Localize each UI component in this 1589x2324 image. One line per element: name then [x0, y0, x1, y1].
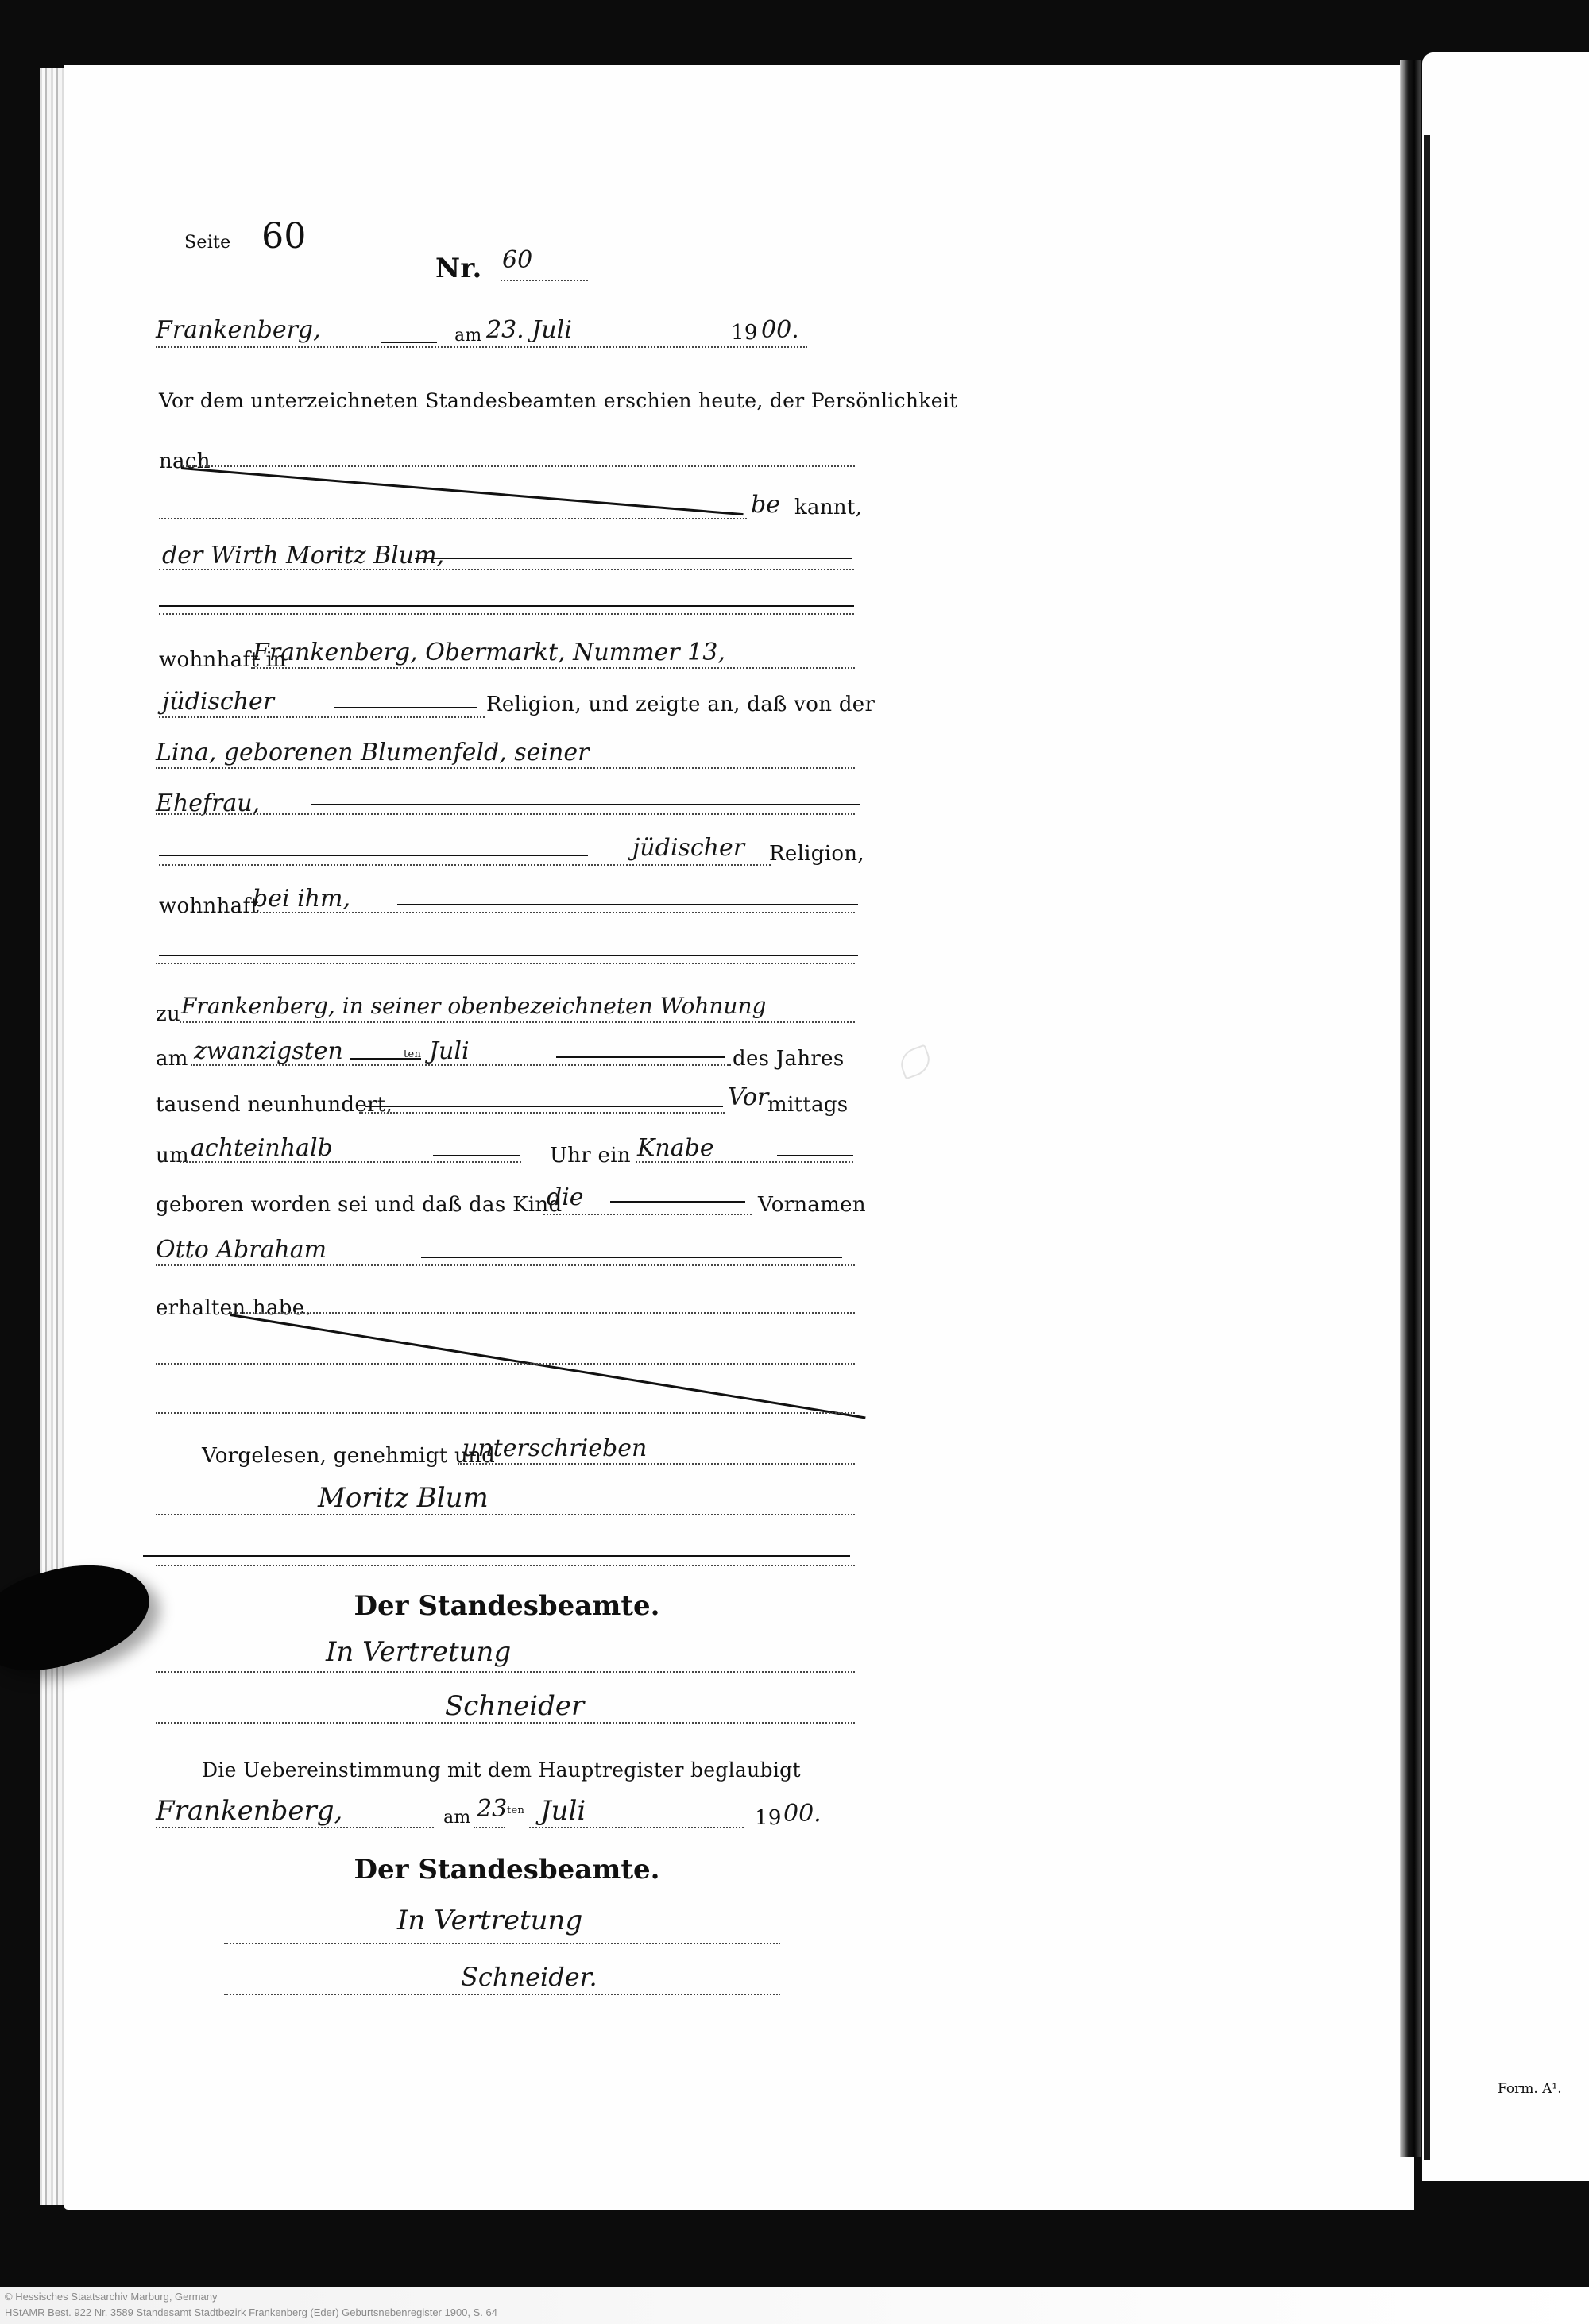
- dotted-line: [156, 963, 855, 964]
- attribution-copyright: © Hessisches Staatsarchiv Marburg, Germa…: [5, 2291, 218, 2303]
- facing-page: [1422, 52, 1589, 2181]
- body-intro-line: Vor dem unterzeichneten Standesbeamten e…: [159, 389, 957, 412]
- religion-text: Religion, und zeigte an, daß von der: [486, 693, 875, 716]
- dotted-line: [191, 1064, 731, 1066]
- dotted-line: [474, 1827, 505, 1828]
- time-label: um: [156, 1144, 189, 1168]
- dotted-line: [636, 1161, 853, 1163]
- dotted-line: [251, 667, 855, 669]
- filler-line: [433, 1155, 520, 1156]
- dotted-line: [159, 613, 854, 615]
- registrar-signature: Schneider: [445, 1690, 584, 1722]
- filler-line: [159, 605, 854, 607]
- am-pm: Vor: [728, 1083, 768, 1111]
- certification-year-suffix: 00.: [783, 1800, 822, 1828]
- registrar2-deputy: In Vertretung: [397, 1905, 582, 1936]
- dotted-line: [156, 1827, 434, 1828]
- dotted-line: [156, 1264, 855, 1266]
- dotted-line: [156, 1363, 855, 1365]
- filler-line: [334, 707, 477, 708]
- header-am: am: [454, 326, 482, 346]
- filler-line: [397, 904, 858, 905]
- certification-year-prefix: 19: [755, 1806, 782, 1830]
- certification-am: am: [443, 1808, 471, 1828]
- mother-religion: jüdischer: [632, 834, 744, 862]
- dotted-line: [458, 1463, 855, 1465]
- dotted-line: [543, 1214, 752, 1215]
- mother-name: Lina, geborenen Blumenfeld, seiner: [156, 739, 589, 766]
- year-text: des Jahres: [733, 1047, 844, 1071]
- dotted-line: [224, 1943, 780, 1944]
- child-sex: Knabe: [637, 1134, 714, 1162]
- form-id: Form. A¹.: [1498, 2081, 1562, 2097]
- filler-line: [421, 1257, 842, 1258]
- day-suffix: ten: [404, 1048, 421, 1060]
- dotted-line: [159, 569, 854, 570]
- certification-text: Die Uebereinstimmung mit dem Hauptregist…: [202, 1758, 801, 1782]
- dotted-line: [180, 1161, 521, 1163]
- religion2-text: Religion,: [769, 842, 864, 866]
- dotted-line: [156, 1514, 855, 1515]
- dotted-line: [529, 1827, 744, 1828]
- attribution-source: HStAMR Best. 922 Nr. 3589 Standesamt Sta…: [5, 2307, 497, 2318]
- read-approved-text: Vorgelesen, genehmigt und: [202, 1444, 495, 1468]
- entry-label: Nr.: [435, 253, 482, 284]
- header-date: 23. Juli: [486, 316, 572, 344]
- dotted-line: [180, 1021, 855, 1023]
- dotted-line: [156, 1412, 855, 1414]
- birth-time: achteinhalb: [191, 1134, 333, 1162]
- page-label-group: Seite 60: [184, 216, 307, 257]
- birth-day: zwanzigsten: [194, 1037, 343, 1065]
- certification-day: 23: [477, 1795, 507, 1823]
- child-names: Otto Abraham: [156, 1236, 327, 1264]
- dotted-line: [159, 518, 747, 519]
- vornamen-text: Vornamen: [758, 1193, 866, 1217]
- dotted-line: [156, 1671, 855, 1673]
- facing-page-fold: [1424, 135, 1430, 2160]
- born-text: geboren worden sei und daß das Kind: [156, 1193, 562, 1217]
- body-kannt: kannt,: [794, 496, 862, 519]
- page-number: 60: [261, 216, 307, 257]
- mother-residence: bei ihm,: [253, 885, 350, 913]
- header-year-prefix: 19: [731, 321, 758, 345]
- thousand-text: tausend neunhundert,: [156, 1093, 392, 1117]
- uhr-text: Uhr ein: [550, 1144, 631, 1168]
- handwritten-be: be: [751, 491, 780, 519]
- entry-number: 60: [502, 246, 532, 274]
- birthdate-label: am: [156, 1047, 188, 1071]
- dotted-line: [180, 465, 855, 467]
- father-religion: jüdischer: [162, 688, 274, 716]
- filler-line: [415, 558, 852, 559]
- registrar2-heading: Der Standesbeamte.: [269, 1854, 745, 1886]
- mittags-text: mittags: [767, 1093, 848, 1117]
- dotted-line: [156, 767, 855, 769]
- residence2-label: wohnhaft: [159, 894, 259, 918]
- dotted-line: [159, 716, 485, 718]
- dotted-line: [159, 864, 771, 866]
- birth-month: Juli: [429, 1037, 470, 1065]
- signed-word: unterschrieben: [462, 1434, 647, 1462]
- filler-line: [777, 1155, 853, 1156]
- dotted-line: [230, 1312, 855, 1314]
- book-gutter: [1400, 60, 1421, 2157]
- dotted-line: [224, 1994, 780, 1995]
- closing-rule: [143, 1555, 850, 1557]
- certification-month: Juli: [540, 1795, 586, 1827]
- filler-line: [381, 342, 437, 343]
- birthplace: Frankenberg, in seiner obenbezeichneten …: [181, 993, 766, 1019]
- registrar-heading: Der Standesbeamte.: [269, 1590, 745, 1622]
- dotted-line: [156, 1722, 855, 1724]
- dotted-line: [359, 1112, 725, 1114]
- filler-line: [159, 855, 588, 856]
- certification-place: Frankenberg,: [156, 1795, 342, 1827]
- dotted-line: [156, 813, 855, 815]
- attribution-bar: © Hessisches Staatsarchiv Marburg, Germa…: [0, 2287, 1589, 2324]
- filler-line: [556, 1056, 725, 1058]
- informant-signature: Moritz Blum: [318, 1482, 489, 1514]
- dotted-line: [251, 912, 855, 913]
- filler-line: [610, 1201, 745, 1203]
- registrar-deputy: In Vertretung: [326, 1636, 511, 1668]
- certification-day-suffix: ten: [507, 1805, 524, 1816]
- filler-line: [365, 1106, 723, 1107]
- die-word: die: [547, 1183, 584, 1211]
- header-dotted-line: [156, 346, 807, 348]
- registrar2-signature: Schneider.: [461, 1962, 597, 1992]
- dotted-line: [156, 1565, 855, 1566]
- page-stack-edges: [40, 68, 65, 2205]
- filler-line: [159, 955, 858, 956]
- page-label: Seite: [184, 233, 231, 253]
- entry-underline: [501, 280, 588, 281]
- header-year-suffix: 00.: [761, 316, 799, 344]
- header-place: Frankenberg,: [156, 316, 321, 344]
- filler-line: [311, 804, 860, 805]
- informant-name: der Wirth Moritz Blum,: [162, 542, 444, 569]
- birthplace-label: zu: [156, 1002, 180, 1026]
- residence-address: Frankenberg, Obermarkt, Nummer 13,: [253, 639, 725, 666]
